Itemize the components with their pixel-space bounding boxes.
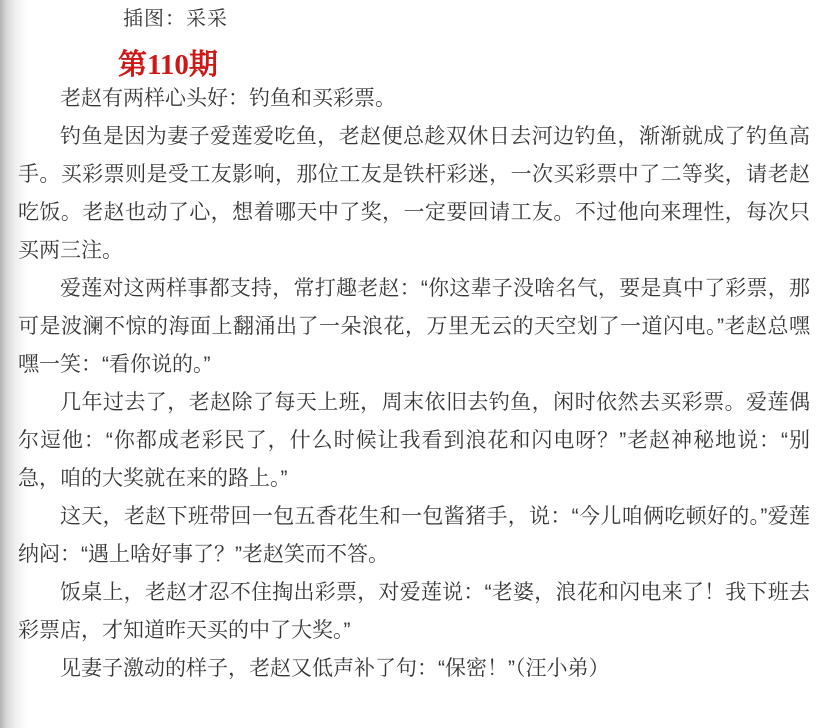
illustration-credit: 插图：采采 xyxy=(18,6,810,32)
story-paragraph: 见妻子激动的样子，老赵又低声补了句：“保密！”（汪小弟） xyxy=(18,650,810,688)
story-paragraph: 钓鱼是因为妻子爱莲爱吃鱼，老赵便总趁双休日去河边钓鱼，渐渐就成了钓鱼高手。买彩票… xyxy=(18,118,810,270)
issue-heading: 第110期 xyxy=(18,50,810,80)
story-paragraph: 饭桌上，老赵才忍不住掏出彩票，对爱莲说：“老婆，浪花和闪电来了！我下班去彩票店，… xyxy=(18,574,810,650)
story-paragraph: 这天，老赵下班带回一包五香花生和一包酱猪手，说：“今儿咱俩吃顿好的。”爱莲纳闷：… xyxy=(18,498,810,574)
article-content: 插图：采采 第110期 老赵有两样心头好：钓鱼和买彩票。 钓鱼是因为妻子爱莲爱吃… xyxy=(0,0,819,688)
story-paragraph: 几年过去了，老赵除了每天上班，周末依旧去钓鱼，闲时依然去买彩票。爱莲偶尔逗他：“… xyxy=(18,384,810,498)
story-body: 老赵有两样心头好：钓鱼和买彩票。 钓鱼是因为妻子爱莲爱吃鱼，老赵便总趁双休日去河… xyxy=(18,80,810,688)
document-page: 插图：采采 第110期 老赵有两样心头好：钓鱼和买彩票。 钓鱼是因为妻子爱莲爱吃… xyxy=(0,0,819,728)
story-paragraph: 爱莲对这两样事都支持，常打趣老赵：“你这辈子没啥名气，要是真中了彩票，那可是波澜… xyxy=(18,270,810,384)
story-paragraph: 老赵有两样心头好：钓鱼和买彩票。 xyxy=(18,80,810,118)
